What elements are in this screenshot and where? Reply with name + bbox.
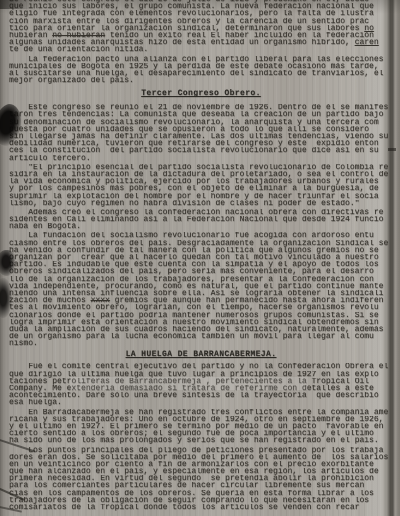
text-line: que han alcanzado en el país, y especial… — [9, 468, 393, 475]
text-line: nismo. — [9, 340, 393, 347]
text-line: cierto sentido a los obreros; el segundo… — [9, 430, 393, 437]
text-line: trabajadores de la obligación de seguir … — [9, 497, 393, 504]
text-segment: gremios que aunque han permanecido hasta… — [110, 297, 384, 304]
text-line: mejor organizado del país. — [9, 77, 393, 84]
section-heading: Tercer Congreso Obrero. — [9, 90, 393, 98]
text-segment: tenido un éxito real El haber incluido e… — [105, 32, 374, 39]
text-line: ha sido uno de los más prolongados y ser… — [9, 437, 393, 444]
text-line: municipales de Bogotá en 1925 y la pérdi… — [9, 63, 393, 70]
text-line: eligió fué integrada con elementos revol… — [9, 10, 393, 17]
text-line: vida independiente, procurando, como es … — [9, 283, 393, 290]
text-line: dores eran dos. Se solicitaba por medio … — [9, 454, 393, 461]
text-line: llo de la organización de los trabajador… — [9, 276, 393, 283]
text-line: la vida económica y política, ejercido p… — [9, 178, 393, 185]
text-line: que dirigió la última huelga que tuvo lu… — [9, 371, 393, 378]
text-line: zación de muchos xxxx gremios que aunque… — [9, 297, 393, 304]
text-line: debilidad numérica, tuvieron que retirar… — [9, 140, 393, 147]
struck-text: no hubieran — [52, 32, 105, 39]
text-line: sidentes en Cali eliminando así a la Fed… — [9, 216, 393, 223]
text-line: ha venido a confundir de tal manera con … — [9, 247, 393, 254]
text-segment: algunas unidades anarquistas hizo de est… — [9, 39, 355, 46]
text-line: su denominación de socialismo revolucion… — [9, 119, 393, 126]
text-line: Además creó el congreso la confederación… — [9, 209, 393, 216]
text-line: acontecimiento. Daré sólo una breve sínt… — [9, 392, 393, 399]
text-line: En Barradacabermeja se han registrado tr… — [9, 409, 393, 416]
underlined-text: caren — [355, 39, 379, 46]
text-line: ción marxista entre los dirigentes obrer… — [9, 18, 393, 25]
text-line: niendo una intensa influencia sobre ella… — [9, 290, 393, 297]
text-line: de un organismo para la lucha económica … — [9, 333, 393, 340]
text-line: tico para orientar la organización sindi… — [9, 25, 393, 32]
text-line: La federación pactó una alianza con el p… — [9, 56, 393, 63]
text-line: artículo tercero. — [9, 155, 393, 162]
text-line: cionarios donde el partido podría manten… — [9, 312, 393, 319]
text-line: hubieran no hubieran tenido un éxito rea… — [9, 32, 393, 39]
text-line: ricana y sus trabajadores: Uno en octubr… — [9, 416, 393, 423]
text-line: "El principio esencial del partido socia… — [9, 164, 393, 171]
paragraph-block: Se reunió este Congreso el día 20 de jul… — [9, 0, 393, 54]
text-line: al suscitarse una huelga, el desaparecim… — [9, 70, 393, 77]
text-line: sidirá en la instauración de la dictadur… — [9, 171, 393, 178]
text-line: que inició sus labores, el grupo comunis… — [9, 3, 393, 10]
text-segment: tico para orientar la organización sindi… — [9, 25, 364, 32]
text-line: ciasmo entre los obreros del país. Desgr… — [9, 240, 393, 247]
paragraph-block: Además creó el congreso la confederación… — [9, 209, 393, 231]
paragraph-block: Fué el comité central ejecutivo del part… — [9, 363, 393, 406]
underlined-text: no — [364, 25, 374, 32]
text-line: y por los campesinos más pobres, con el … — [9, 185, 393, 192]
text-line: suprimir la explotación del hombre por e… — [9, 193, 393, 200]
paragraph-block: La federación pactó una alianza con el p… — [9, 56, 393, 85]
text-line: naba en Bogotá. — [9, 223, 393, 230]
text-line: te de una orientación nítida. — [9, 46, 393, 53]
text-line: La fundación del socialismo revolucionar… — [9, 232, 393, 239]
document-body: Se reunió este Congreso el día 20 de jul… — [9, 0, 393, 513]
section-heading-text: LA HUELGA DE BARRANCABERMEJA. — [126, 350, 277, 359]
struck-text: xxxx — [91, 297, 110, 304]
text-line: Company. Me extendería demasiado si trat… — [9, 385, 393, 392]
text-line: ces la constitución del partido socialis… — [9, 147, 393, 154]
text-line: y el último en 1927. El primero se termi… — [9, 423, 393, 430]
text-line: cias en los campamentos de los obreros. … — [9, 490, 393, 497]
text-line: sin llegarse jamás ha definir claramente… — [9, 133, 393, 140]
text-line: comisariatos de la Tropical donde todos … — [9, 504, 393, 511]
paragraph-block: La fundación del socialismo revolucionar… — [9, 232, 393, 347]
paragraph-block: Los puntos principales del pliego de pet… — [9, 447, 393, 512]
paragraph-block: Este congreso se reunió el 21 de noviemb… — [9, 104, 393, 162]
text-line: esa huelga. — [9, 399, 393, 406]
text-line: Fué el comité central ejecutivo del part… — [9, 363, 393, 370]
text-line: partido. Es indudable que éste cuenta co… — [9, 261, 393, 268]
text-line: Los puntos principales del pliego de pet… — [9, 447, 393, 454]
text-line: logra imprimir esta orientación a nuestr… — [9, 319, 393, 326]
text-line: puesta por cuatro unidades que se opusie… — [9, 126, 393, 133]
section-heading: LA HUELGA DE BARRANCABERMEJA. — [9, 351, 393, 359]
text-line: Este congreso se reunió el 21 de noviemb… — [9, 104, 393, 111]
text-line: tes al movimiento obrero, lograrían, con… — [9, 304, 393, 311]
scanned-document-page: Se reunió este Congreso el día 20 de jul… — [0, 0, 400, 516]
text-line: duda la ampliación de sus cuadros hacien… — [9, 326, 393, 333]
paragraph-block: En Barradacabermeja se han registrado tr… — [9, 409, 393, 445]
text-line: taron tres tendencias: La comunista que … — [9, 111, 393, 118]
section-heading-text: Tercer Congreso Obrero. — [141, 89, 261, 98]
text-line: para los comerciantes particulares de ha… — [9, 482, 393, 489]
text-line: obreros sindicalizados del país, pero se… — [9, 268, 393, 275]
paragraph-block: "El principio esencial del partido socia… — [9, 164, 393, 207]
text-line: primera necesidad. En virtud del segundo… — [9, 475, 393, 482]
text-line: lismo, bajo cuyo régimen no habrá divisi… — [9, 200, 393, 207]
text-line: algunas unidades anarquistas hizo de est… — [9, 39, 393, 46]
text-segment: hubieran — [9, 32, 52, 39]
text-line: taciones petrolíferas de Barrancabermeja… — [9, 378, 393, 385]
text-segment: zación de muchos — [9, 297, 91, 304]
text-line: organizan por crear que al hacerlo queda… — [9, 254, 393, 261]
text-line: en un veinticinco por ciento a fin de ar… — [9, 461, 393, 468]
